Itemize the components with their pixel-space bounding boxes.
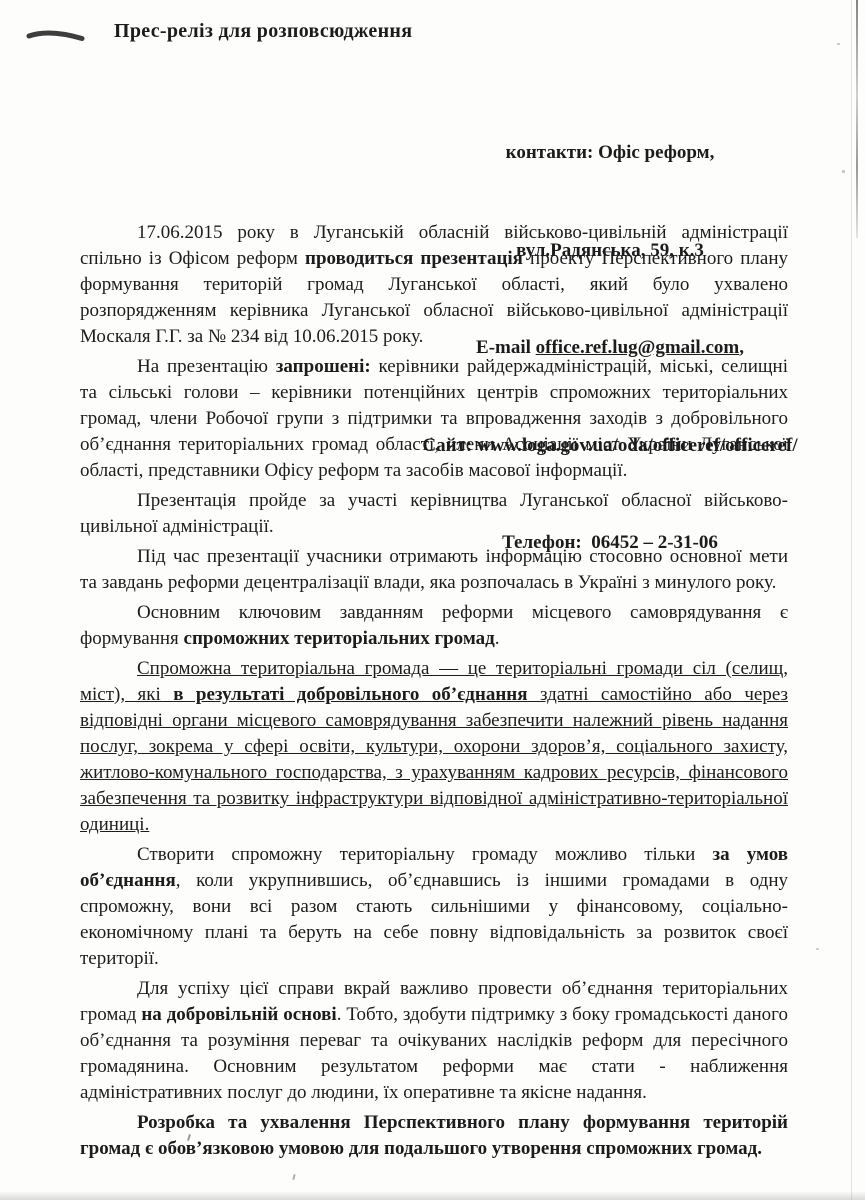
paragraph: Створити спроможну територіальну громаду… [80, 842, 788, 972]
text-segment: Презентація пройде за участі керівництва… [80, 490, 788, 537]
text-segment: Під час презентації учасники отримають і… [80, 546, 788, 593]
scan-edge-line [856, 0, 858, 238]
text-segment: Розробка та ухвалення Перспективного пла… [80, 1112, 788, 1159]
text-segment: . [495, 628, 500, 649]
scan-speck [296, 1016, 298, 1018]
scan-edge-faint-line [851, 0, 852, 1200]
text-segment: в результаті добровільного об’єднання [173, 684, 527, 705]
scan-speck [816, 948, 819, 950]
text-segment: запрошені: [276, 356, 371, 377]
text-segment: , коли укрупнившись, об’єднавшись із інш… [80, 870, 788, 969]
paragraph: Розробка та ухвалення Перспективного пла… [80, 1110, 788, 1162]
text-segment: здатні самостійно або через відповідні о… [80, 684, 788, 835]
scan-speck [842, 170, 845, 173]
paragraph: 17.06.2015 року в Луганській обласній ві… [80, 220, 788, 350]
pen-dash-mark [26, 26, 88, 46]
paragraph: Спроможна територіальна громада — це тер… [80, 656, 788, 838]
document-title: Прес-реліз для розповсюдження [114, 20, 412, 43]
paragraph: Презентація пройде за участі керівництва… [80, 488, 788, 540]
document-page: Прес-реліз для розповсюдження контакти: … [0, 0, 865, 1200]
text-segment: на добровільній основі [141, 1004, 336, 1025]
contact-org-line: контакти: Офіс реформ, [395, 137, 825, 170]
paragraph: Основним ключовим завданням реформи місц… [80, 600, 788, 652]
paragraph: На презентацію запрошені: керівники райд… [80, 354, 788, 484]
text-segment: На презентацію [137, 356, 276, 377]
scan-speck [837, 43, 840, 45]
text-segment: проводиться презентація [305, 248, 523, 269]
text-segment: Створити спроможну територіальну громаду… [137, 844, 712, 865]
paragraph: Під час презентації учасники отримають і… [80, 544, 788, 596]
press-release-body: 17.06.2015 року в Луганській обласній ві… [80, 220, 788, 1166]
text-segment: спроможних територіальних громад [184, 628, 495, 649]
paragraph: Для успіху цієї справи вкрай важливо про… [80, 976, 788, 1106]
scan-bottom-shadow [0, 1191, 865, 1200]
scan-speck [292, 1174, 295, 1180]
